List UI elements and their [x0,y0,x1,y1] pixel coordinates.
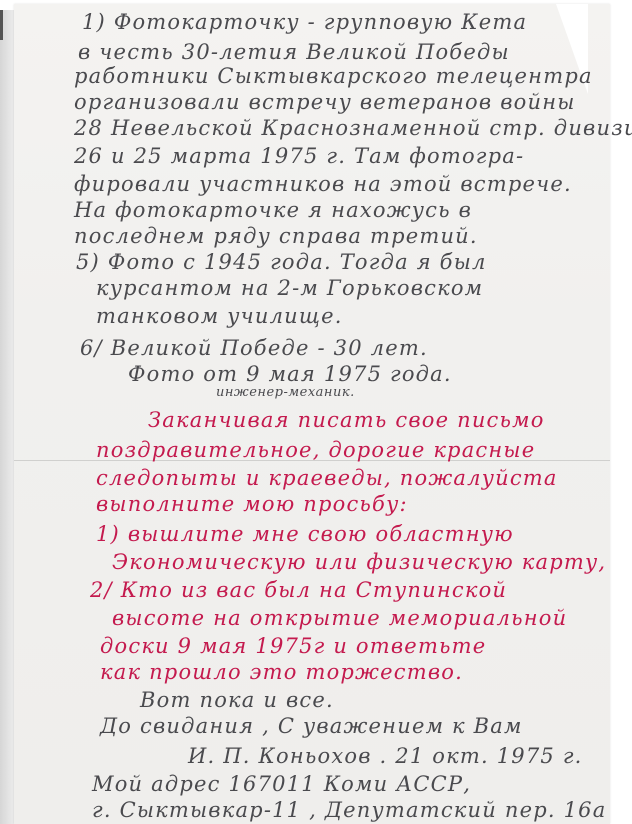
letter-line-2: в честь 30-летия Великой Победы [78,42,510,63]
letter-line-12: танковом училище. [96,306,343,327]
signature-line: И. П. Коньохов . 21 окт. 1975 г. [188,746,583,767]
letter-line-3: работники Сыктывкарского телецентра [74,66,593,87]
scan-left-shadow [0,10,3,40]
letter-line-10: 5) Фото с 1945 года. Тогда я был [76,252,487,273]
letter-line-23: высоте на открытие мемориальной [112,608,567,629]
letter-line-19: выполните мою просьбу: [96,494,408,515]
letter-line-27: До свидания , С уважением к Вам [100,716,523,737]
letter-line-6: 26 и 25 марта 1975 г. Там фотогра- [74,146,524,167]
letter-line-21: Экономическую или физическую карту, [112,552,606,573]
letter-line-16: Заканчивая писать свое письмо [148,410,545,431]
letter-line-1: 1) Фотокарточку - групповую Кета [82,12,527,33]
letter-line-9: последнем ряду справа третий. [74,226,478,247]
letter-line-15: инженер-механик. [216,386,355,399]
letter-line-20: 1) вышлите мне свою областную [96,524,514,545]
scan-left-edge [0,10,14,824]
letter-line-7: фировали участников на этой встрече. [74,174,572,195]
letter-line-14: Фото от 9 мая 1975 года. [128,364,452,385]
letter-line-25: как прошло это торжество. [100,662,463,683]
address-line-2: г. Сыктывкар-11 , Депутатский пер. 16а [92,800,606,821]
letter-line-22: 2/ Кто из вас был на Ступинской [90,580,507,601]
letter-line-26: Вот пока и все. [140,690,334,711]
letter-line-4: организовали встречу ветеранов войны [74,92,576,113]
letter-line-24: доски 9 мая 1975г и ответьте [100,636,486,657]
letter-line-18: следопыты и краеведы, пожалуйста [96,468,558,489]
letter-line-5: 28 Невельской Краснознаменной стр. дивиз… [74,118,632,139]
letter-line-11: курсантом на 2-м Горьковском [96,278,483,299]
letter-line-13: 6/ Великой Победе - 30 лет. [80,338,428,359]
letter-line-8: На фотокарточке я нахожусь в [74,200,472,221]
letter-line-17: поздравительное, дорогие красные [96,440,535,461]
address-line-1: Мой адрес 167011 Коми АССР, [92,774,471,795]
